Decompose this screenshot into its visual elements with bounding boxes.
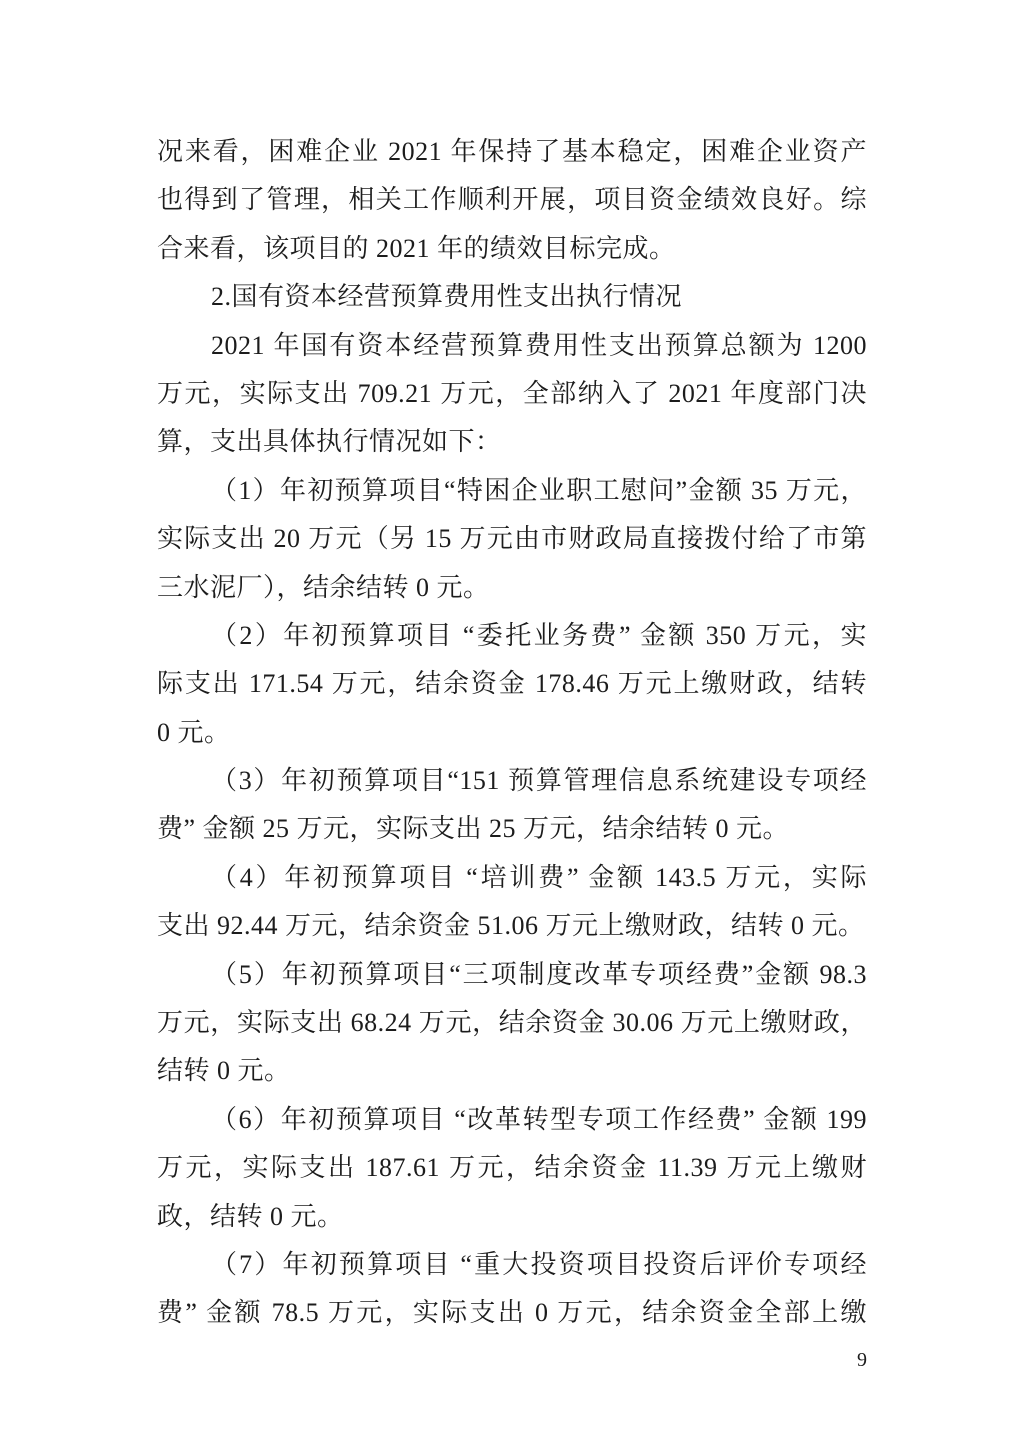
- text-line: 费” 金额 25 万元，实际支出 25 万元，结余结转 0 元。: [157, 805, 867, 853]
- text-line: 万元，实际支出 709.21 万元，全部纳入了 2021 年度部门决: [157, 370, 867, 418]
- text-line: 实际支出 20 万元（另 15 万元由市财政局直接拨付给了市第: [157, 515, 867, 563]
- text-line: 三水泥厂），结余结转 0 元。: [157, 564, 867, 612]
- text-line: 万元，实际支出 68.24 万元，结余资金 30.06 万元上缴财政，: [157, 999, 867, 1047]
- text-line: （5）年初预算项目“三项制度改革专项经费”金额 98.3: [157, 951, 867, 999]
- text-line: 际支出 171.54 万元，结余资金 178.46 万元上缴财政，结转: [157, 660, 867, 708]
- text-line: （2）年初预算项目 “委托业务费” 金额 350 万元，实: [157, 612, 867, 660]
- text-line: 算，支出具体执行情况如下：: [157, 418, 867, 466]
- text-line: 万元，实际支出 187.61 万元，结余资金 11.39 万元上缴财: [157, 1144, 867, 1192]
- text-line: （7）年初预算项目 “重大投资项目投资后评价专项经: [157, 1241, 867, 1289]
- text-line: 0 元。: [157, 709, 867, 757]
- text-line: （4）年初预算项目 “培训费” 金额 143.5 万元，实际: [157, 854, 867, 902]
- text-line: 结转 0 元。: [157, 1047, 867, 1095]
- page-number: 9: [157, 1346, 867, 1374]
- text-line: 政，结转 0 元。: [157, 1193, 867, 1241]
- text-line: 费” 金额 78.5 万元，实际支出 0 万元，结余资金全部上缴: [157, 1289, 867, 1337]
- text-line: 合来看，该项目的 2021 年的绩效目标完成。: [157, 225, 867, 273]
- text-block: 况来看，困难企业 2021 年保持了基本稳定，困难企业资产也得到了管理，相关工作…: [157, 128, 867, 1338]
- text-line: 2.国有资本经营预算费用性支出执行情况: [157, 273, 867, 321]
- text-line: 2021 年国有资本经营预算费用性支出预算总额为 1200: [157, 322, 867, 370]
- text-line: 也得到了管理，相关工作顺利开展，项目资金绩效良好。综: [157, 176, 867, 224]
- text-line: （1）年初预算项目“特困企业职工慰问”金额 35 万元，: [157, 467, 867, 515]
- document-page: 况来看，困难企业 2021 年保持了基本稳定，困难企业资产也得到了管理，相关工作…: [0, 0, 1024, 1448]
- text-line: 支出 92.44 万元，结余资金 51.06 万元上缴财政，结转 0 元。: [157, 902, 867, 950]
- text-line: 况来看，困难企业 2021 年保持了基本稳定，困难企业资产: [157, 128, 867, 176]
- text-line: （6）年初预算项目 “改革转型专项工作经费” 金额 199: [157, 1096, 867, 1144]
- text-line: （3）年初预算项目“151 预算管理信息系统建设专项经: [157, 757, 867, 805]
